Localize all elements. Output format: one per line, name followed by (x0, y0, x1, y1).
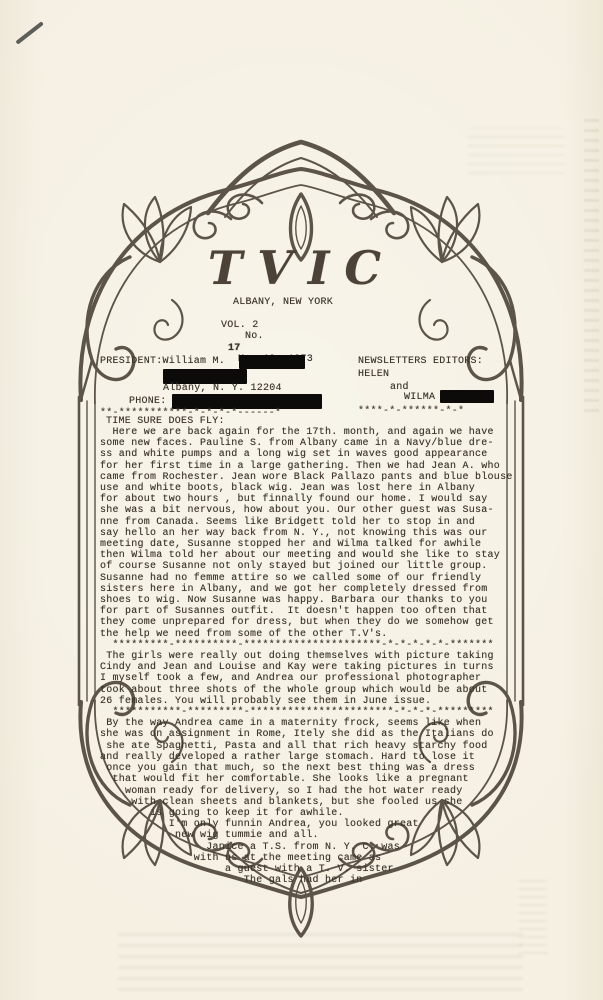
redaction-box-street-address (163, 369, 247, 384)
issue-label: No. (245, 331, 264, 342)
redaction-box-phone-number (172, 394, 322, 409)
redaction-box-president-surname (239, 355, 305, 369)
president-line: PRESIDENT:William M. (100, 356, 225, 367)
scanned-newsletter-page: TVIC ALBANY, NEW YORK VOL. 2 No. 17 May … (0, 0, 603, 1000)
editors-heading: NEWSLETTERS EDITORS: (358, 356, 483, 367)
volume-number: VOL. 2 (221, 320, 259, 331)
issue-number: 17 (228, 343, 241, 354)
editor-two: WILMA (404, 392, 435, 403)
masthead-location: ALBANY, NEW YORK (233, 297, 333, 308)
right-separator: ****-*-******-*-* (358, 406, 464, 417)
city-line: Albany, N. Y. 12204 (163, 383, 282, 394)
article-heading: TIME SURE DOES FLY: (106, 416, 225, 427)
masthead-title: TVIC (190, 241, 414, 295)
redaction-box-editor-surname (440, 390, 494, 403)
phone-label: PHONE: (129, 396, 167, 407)
editor-one: HELEN (358, 369, 389, 380)
article-body: Here we are back again for the 17th. mon… (100, 427, 513, 886)
